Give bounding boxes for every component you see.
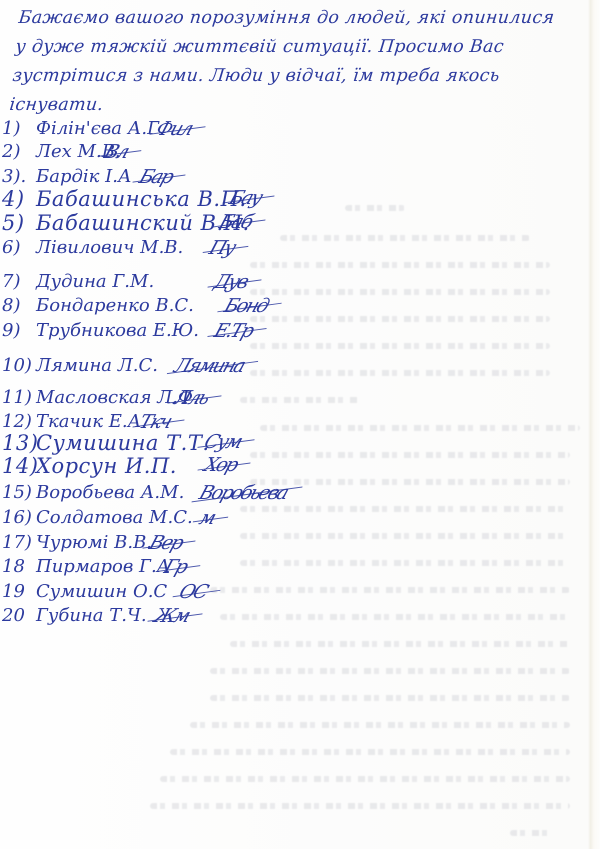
- signatory-number: 6): [0, 237, 36, 258]
- handwritten-signature: Вер: [146, 532, 185, 554]
- signatory-row: 9)Трубникова Е.Ю.Е.Тр: [0, 320, 199, 341]
- signatory-number: 18: [0, 556, 36, 577]
- signatory-row: 2)Лех М.В.Вл: [0, 141, 121, 162]
- signatory-name: Воробьева А.М.: [36, 482, 184, 503]
- signatory-row: 12)Ткачик Е.А.Ткч: [0, 411, 147, 432]
- signatory-row: 10)Лямина Л.С.Ляминa: [0, 355, 158, 376]
- signatory-row: 6)Лівилович М.В.Пу: [0, 237, 183, 258]
- handwritten-signature: м: [196, 507, 217, 529]
- signatory-number: 12): [0, 411, 36, 432]
- signatory-name: Бабашинська В.П.: [36, 187, 247, 211]
- signatory-number: 5): [0, 211, 36, 235]
- signatory-name: Трубникова Е.Ю.: [36, 320, 199, 341]
- handwritten-petition-page: Бажаємо вашого порозуміння до людей, які…: [0, 0, 600, 849]
- signatory-name: Пирмаров Г.А: [36, 556, 170, 577]
- signatory-number: 13): [0, 431, 36, 455]
- signatory-number: 19: [0, 581, 36, 602]
- signatory-number: 10): [0, 355, 36, 376]
- handwritten-signature: Жм: [151, 605, 191, 627]
- handwritten-signature: Лль: [171, 387, 210, 409]
- signatory-number: 4): [0, 187, 36, 211]
- signatory-row: 14)Хорсун И.П.Хор: [0, 454, 177, 478]
- handwritten-signature: Фил: [153, 118, 194, 140]
- signatory-row: 15)Воробьева А.М.Воробьева: [0, 482, 184, 503]
- signatory-row: 18Пирмаров Г.АГр: [0, 556, 170, 577]
- signatory-number: 15): [0, 482, 36, 503]
- signatory-row: 7)Дудина Г.М.Дув: [0, 271, 154, 292]
- handwritten-signature: Пу: [206, 237, 237, 259]
- signatory-number: 8): [0, 295, 36, 316]
- handwritten-signature: Бар: [136, 166, 175, 188]
- signatory-name: Філін'єва А.Г.: [36, 118, 165, 139]
- signatory-row: 11)Масловская Л.Ф.Лль: [0, 387, 199, 408]
- signatory-number: 17): [0, 532, 36, 553]
- signatory-name: Бардік І.А: [36, 166, 132, 187]
- signatory-name: Бондаренко В.С.: [36, 295, 194, 316]
- handwritten-signature: Воробьева: [196, 482, 290, 504]
- signatory-number: 7): [0, 271, 36, 292]
- signatory-name: Губина Т.Ч.: [36, 605, 147, 626]
- signatory-row: 1)Філін'єва А.Г.Фил: [0, 118, 165, 139]
- signatory-number: 16): [0, 507, 36, 528]
- signatory-number: 2): [0, 141, 36, 162]
- signatory-row: 16)Солдатова М.С.м: [0, 507, 193, 528]
- handwritten-signature: Сум: [201, 431, 243, 453]
- signatory-name: Сумишин О.С: [36, 581, 167, 602]
- handwritten-signature: Ляминa: [171, 355, 246, 377]
- signatory-name: Лівилович М.В.: [36, 237, 183, 258]
- handwritten-signature: ОС: [176, 581, 209, 603]
- handwritten-signature: Дув: [211, 271, 250, 293]
- signatory-name: Хорсун И.П.: [36, 454, 177, 478]
- signatory-name: Ткачик Е.А.: [36, 411, 147, 432]
- handwritten-signature: Ткч: [136, 411, 173, 433]
- signatory-name: Дудина Г.М.: [36, 271, 154, 292]
- signatory-number: 1): [0, 118, 36, 139]
- signatory-row: 19Сумишин О.СОС: [0, 581, 167, 602]
- signatory-list: 1)Філін'єва А.Г.Фил2)Лех М.В.Вл3).Бардік…: [0, 0, 600, 849]
- signatory-name: Чурюмі В.В.: [36, 532, 152, 553]
- signatory-number: 3).: [0, 166, 36, 187]
- signatory-row: 4)Бабашинська В.П.Бау: [0, 187, 247, 211]
- signatory-name: Сумишина Т.Т.: [36, 431, 210, 455]
- handwritten-signature: Е.Тр: [211, 320, 255, 342]
- signatory-row: 17)Чурюмі В.В.Вер: [0, 532, 152, 553]
- signatory-name: Лямина Л.С.: [36, 355, 158, 376]
- signatory-row: 3).Бардік І.АБар: [0, 166, 132, 187]
- handwritten-signature: Бау: [226, 187, 263, 209]
- signatory-row: 13)Сумишина Т.Т.Сум: [0, 431, 210, 455]
- handwritten-signature: Хор: [201, 454, 239, 476]
- signatory-number: 14): [0, 454, 36, 478]
- handwritten-signature: Бонд: [221, 295, 270, 317]
- signatory-number: 11): [0, 387, 36, 408]
- signatory-number: 9): [0, 320, 36, 341]
- signatory-number: 20: [0, 605, 36, 626]
- signatory-row: 8)Бондаренко В.С.Бонд: [0, 295, 194, 316]
- signatory-name: Солдатова М.С.: [36, 507, 193, 528]
- signatory-row: 5)Бабашинский В.Н.Баб: [0, 211, 250, 235]
- signatory-row: 20Губина Т.Ч.Жм: [0, 605, 147, 626]
